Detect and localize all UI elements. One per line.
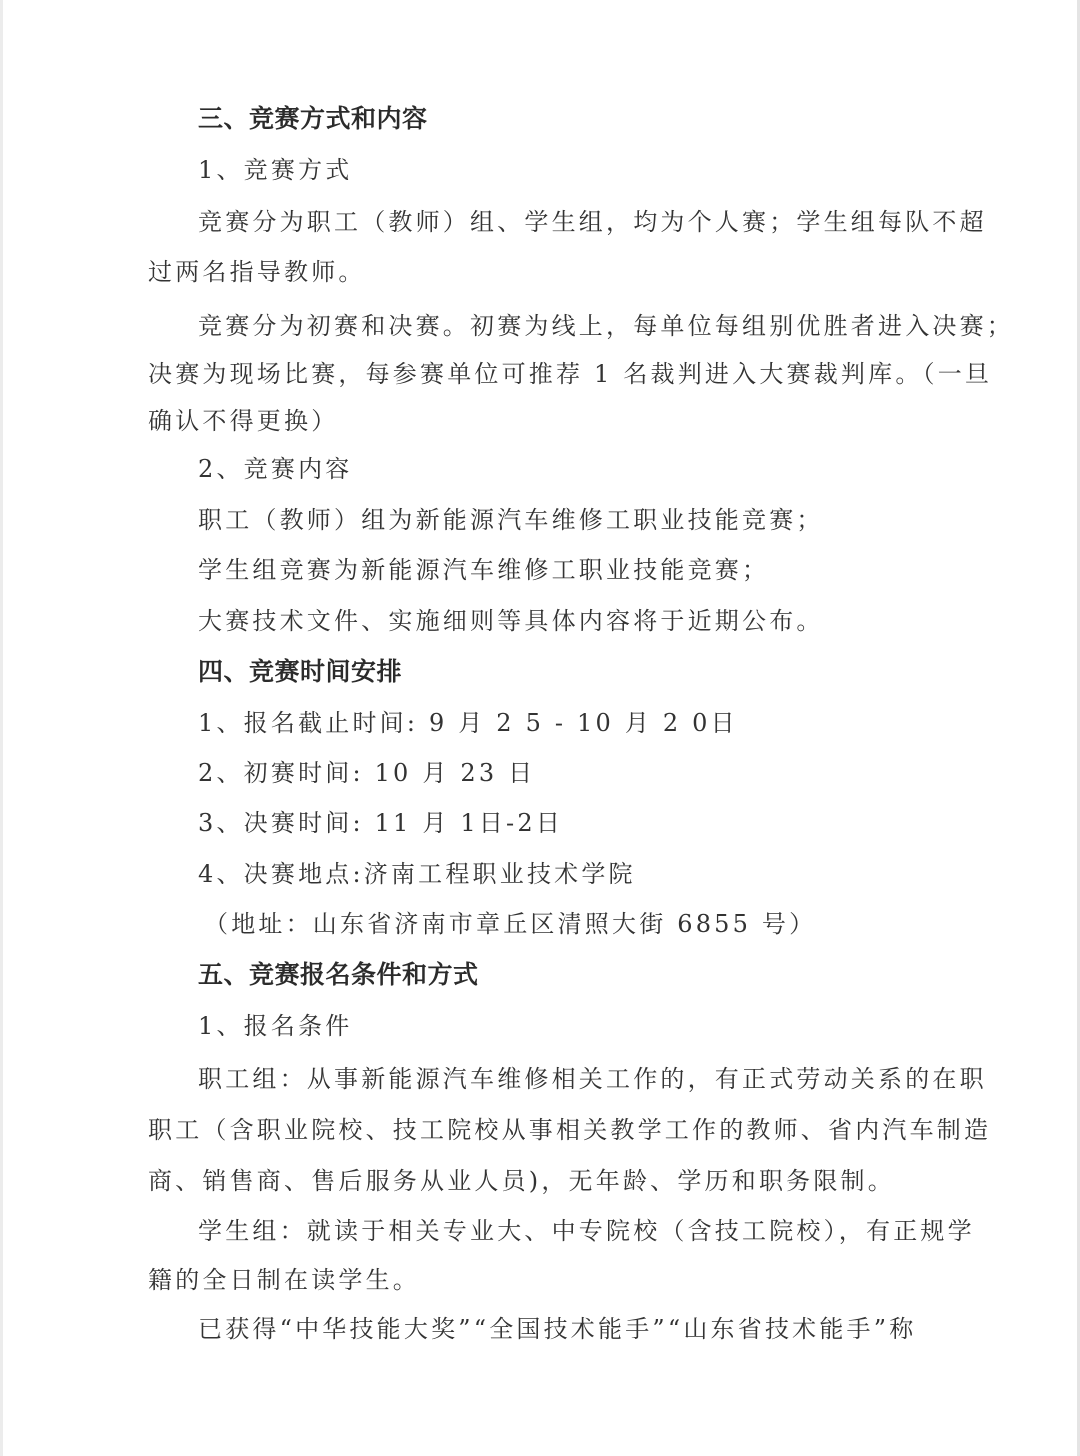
section-heading-5: 五、竞赛报名条件和方式 <box>198 959 479 991</box>
subsection-title-competition-format: 1、竞赛方式 <box>198 154 352 186</box>
subsection-title-competition-content: 2、竞赛内容 <box>198 453 352 485</box>
content-line: 大赛技术文件、实施细则等具体内容将于近期公布。 <box>198 605 824 637</box>
venue-address: （地址：山东省济南市章丘区清照大街 6855 号） <box>204 908 816 940</box>
paragraph-line: 商、销售商、售后服务从业人员)，无年龄、学历和职务限制。 <box>148 1165 895 1197</box>
schedule-item: 1、报名截止时间: 9 月 2 5 - 10 月 2 0日 <box>198 707 738 739</box>
paragraph-line: 职工（含职业院校、技工院校从事相关教学工作的教师、省内汽车制造 <box>148 1114 991 1146</box>
content-line: 职工（教师）组为新能源汽车维修工职业技能竞赛； <box>198 504 824 536</box>
schedule-item: 4、决赛地点:济南工程职业技术学院 <box>198 858 636 890</box>
section-heading-4: 四、竞赛时间安排 <box>198 656 402 688</box>
paragraph-line: 竞赛分为职工（教师）组、学生组，均为个人赛；学生组每队不超 <box>198 206 987 238</box>
paragraph-line: 学生组：就读于相关专业大、中专院校（含技工院校），有正规学 <box>198 1215 975 1247</box>
paragraph-line: 已获得“中华技能大奖”“全国技术能手”“山东省技术能手”称 <box>198 1313 916 1345</box>
schedule-item: 3、决赛时间: 11 月 1日-2日 <box>198 807 563 839</box>
schedule-item: 2、初赛时间: 10 月 23 日 <box>198 757 535 789</box>
paragraph-line: 竞赛分为初赛和决赛。初赛为线上，每单位每组别优胜者进入决赛； <box>198 310 1014 342</box>
paragraph-line: 过两名指导教师。 <box>148 256 366 288</box>
document-page: 三、竞赛方式和内容 1、竞赛方式 竞赛分为职工（教师）组、学生组，均为个人赛；学… <box>0 0 1080 1456</box>
paragraph-line: 职工组：从事新能源汽车维修相关工作的，有正式劳动关系的在职 <box>198 1063 987 1095</box>
content-line: 学生组竞赛为新能源汽车维修工职业技能竞赛； <box>198 554 769 586</box>
section-heading-3: 三、竞赛方式和内容 <box>198 103 428 135</box>
paragraph-line: 决赛为现场比赛，每参赛单位可推荐 1 名裁判进入大赛裁判库。（一旦 <box>148 358 992 390</box>
paragraph-line: 确认不得更换） <box>148 405 338 437</box>
paragraph-line: 籍的全日制在读学生。 <box>148 1264 420 1296</box>
subsection-title-eligibility: 1、报名条件 <box>198 1010 352 1042</box>
